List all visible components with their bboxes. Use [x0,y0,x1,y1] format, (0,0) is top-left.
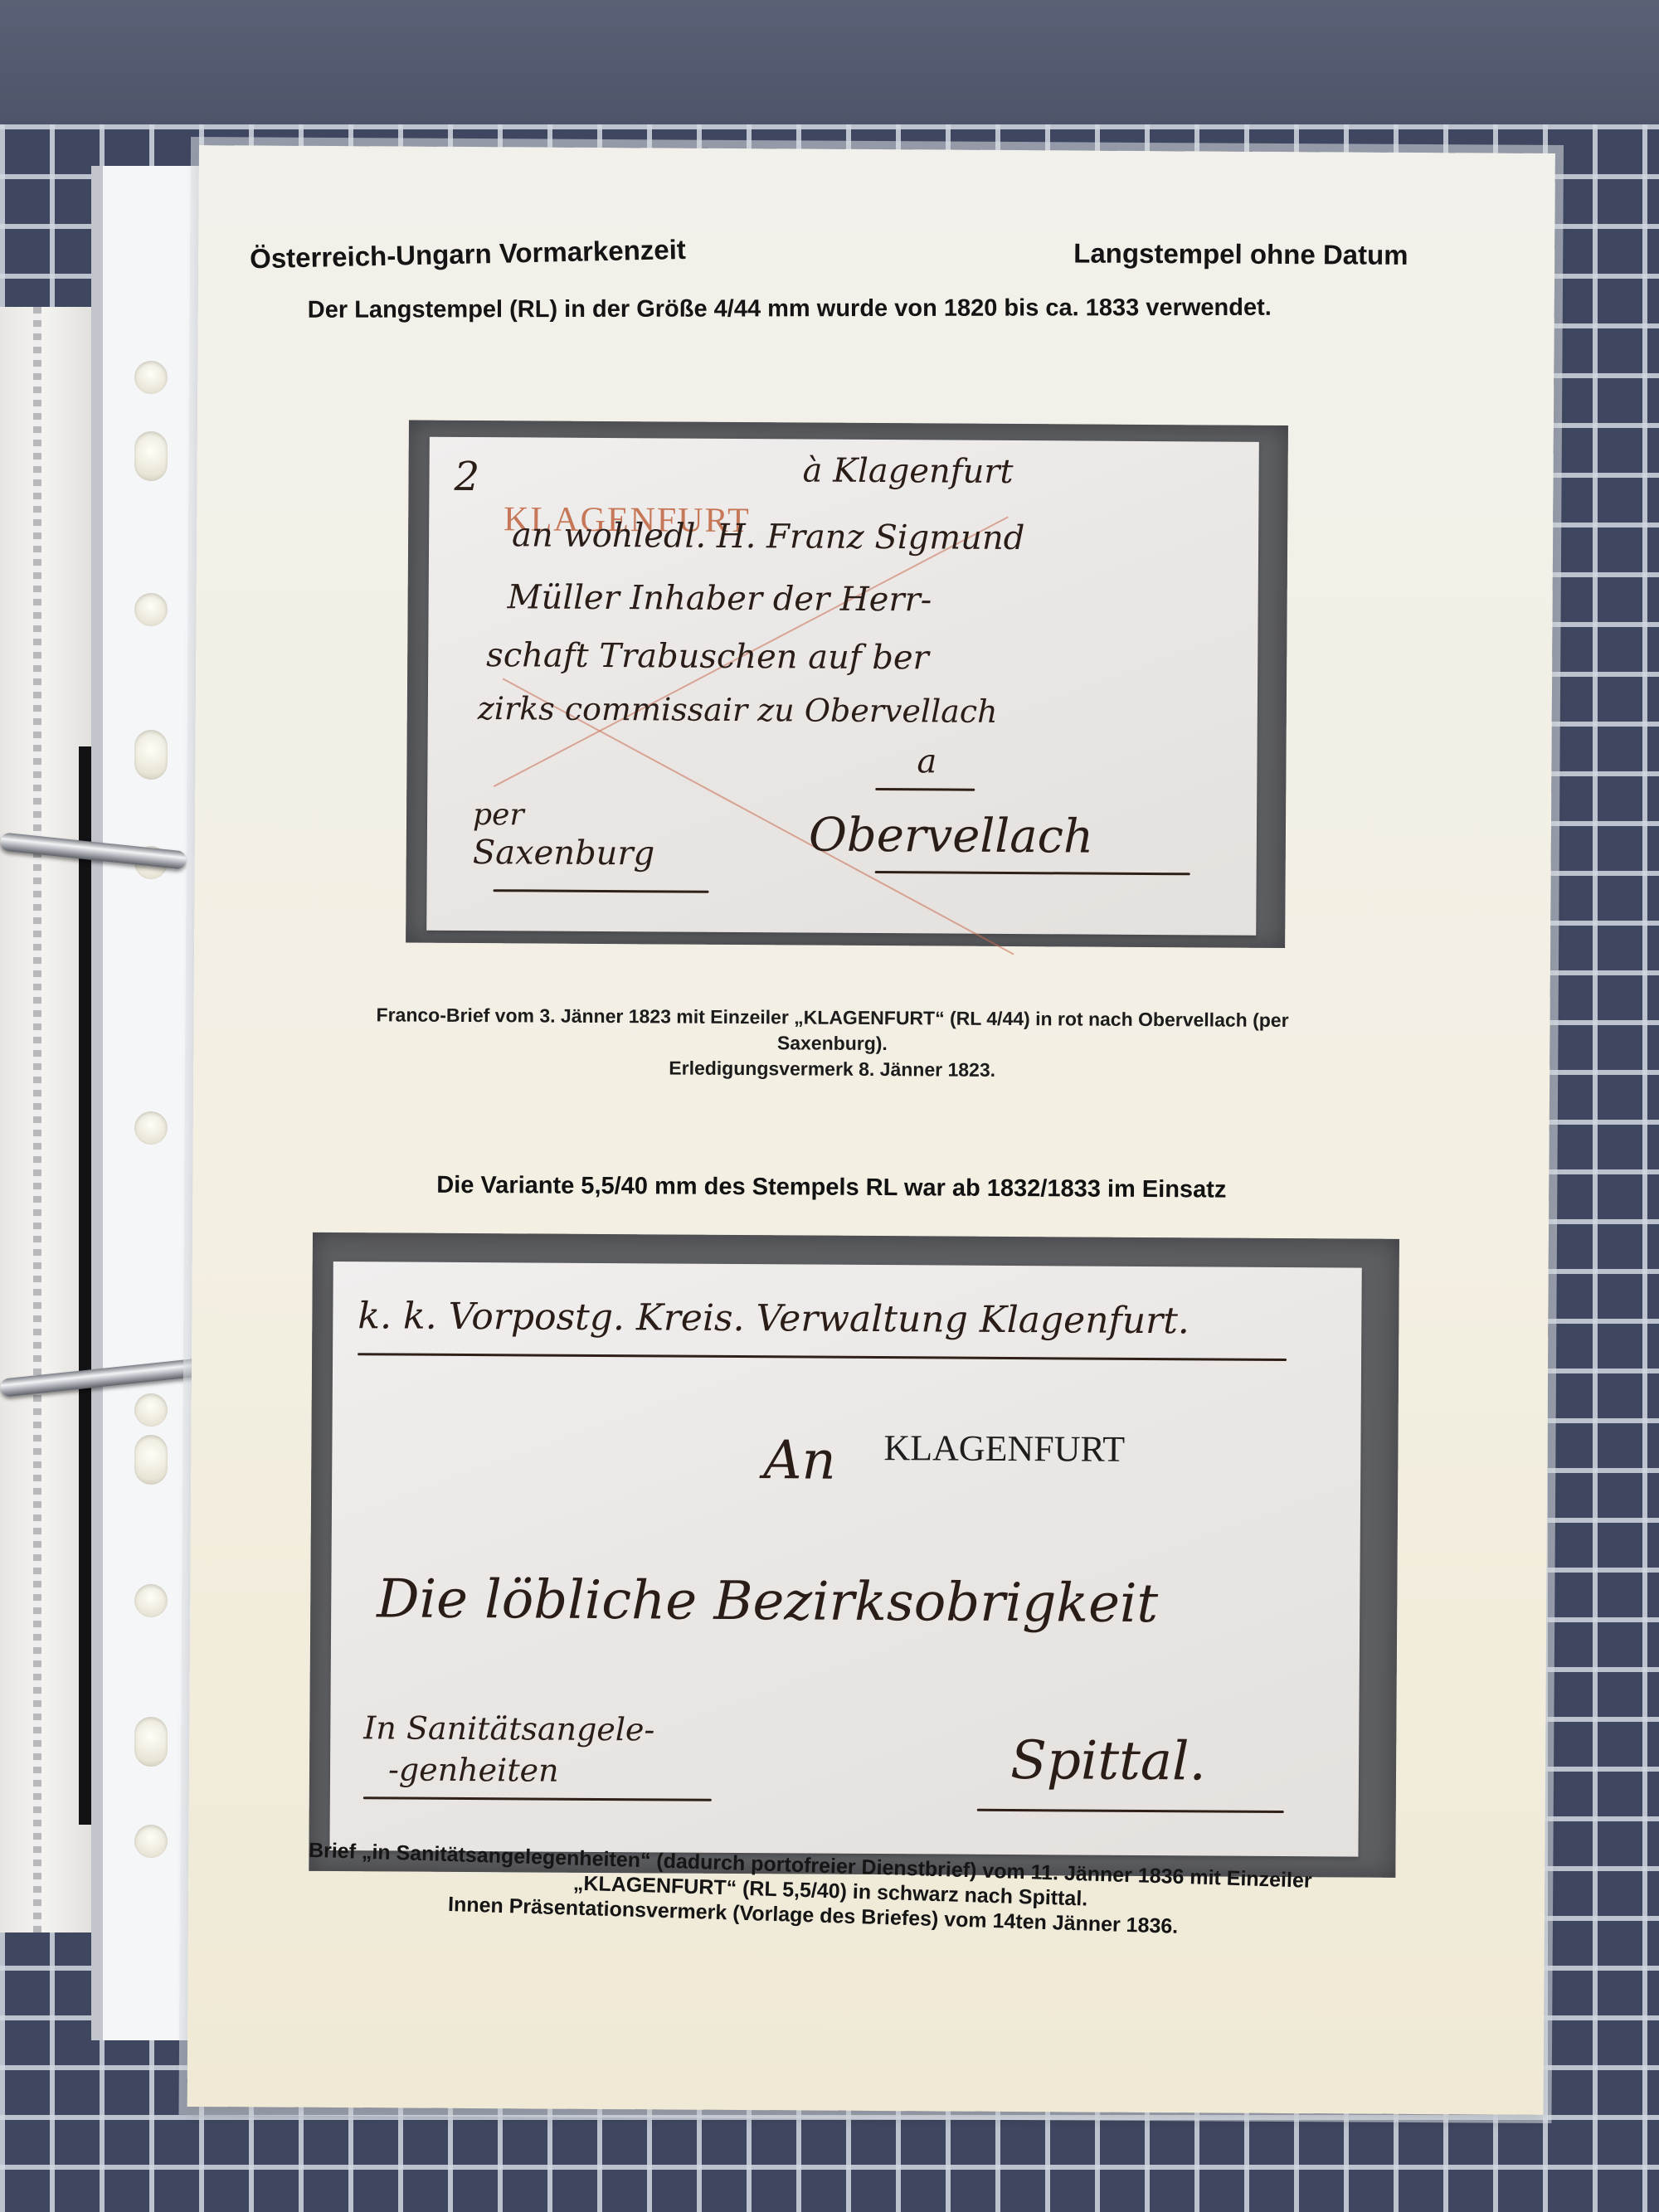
letter1-destination: Obervellach [809,809,1093,864]
punch-hole [134,1435,168,1485]
letter2-destination: Spittal. [1010,1730,1206,1792]
punch-hole [134,1825,168,1858]
letter1-via: per [473,798,524,832]
letter1-hand-line6: a [917,742,937,780]
letter2-sender: k. k. Vorpostg. Kreis. Verwaltung Klagen… [358,1295,1190,1342]
letter2-stamp-black: KLAGENFURT [883,1427,1125,1471]
letter2-mount: k. k. Vorpostg. Kreis. Verwaltung Klagen… [309,1232,1399,1878]
letter1-corner-mark: 2 [454,454,479,500]
letter1-hand-line4: schaft Trabuschen auf ber [486,636,929,677]
letter2-underline [977,1809,1284,1813]
letter1-underline [875,788,975,791]
page-header-left: Österreich-Ungarn Vormarkenzeit [250,234,686,275]
punch-hole [134,1584,168,1617]
letter1-hand-line3: Müller Inhaber der Herr- [508,578,932,619]
letter1-underline [494,889,709,893]
section2-subtitle: Die Variante 5,5/40 mm des Stempels RL w… [275,1171,1387,1205]
background-board [0,0,1659,124]
album-page: Österreich-Ungarn Vormarkenzeit Langstem… [187,145,1555,2115]
letter2-note1: In Sanitätsangele- [363,1709,654,1748]
letter2-an: An [763,1430,836,1492]
punch-hole [134,1717,168,1767]
punch-hole [134,1393,168,1427]
page-header-right: Langstempel ohne Datum [1073,237,1408,270]
punch-hole [134,1111,168,1145]
letter2-underline [358,1353,1287,1361]
punch-hole [134,593,168,626]
sleeve-edge [33,307,41,1932]
punch-hole [134,730,168,780]
punch-hole [134,361,168,394]
letter1-caption: Franco-Brief vom 3. Jänner 1823 mit Einz… [260,1001,1405,1085]
letter2-underline [363,1796,712,1801]
page-intro: Der Langstempel (RL) in der Größe 4/44 m… [308,294,1272,324]
letter1-via-place: Saxenburg [473,834,655,873]
letter2-note2: -genheiten [388,1751,559,1788]
letter1-mount: 2 KLAGENFURT à Klagenfurt an wohledl. H.… [406,421,1288,948]
letter1-hand-line5: zirks commissair zu Obervellach [478,690,998,730]
letter2-cover: k. k. Vorpostg. Kreis. Verwaltung Klagen… [329,1262,1361,1857]
letter1-hand-line1: à Klagenfurt [802,451,1013,491]
letter2-addressee: Die löbliche Bezirksobrigkeit [377,1568,1158,1635]
letter1-hand-line2: an wohledl. H. Franz Sigmund [512,516,1024,557]
letter1-underline [875,871,1190,875]
punch-hole [134,431,168,481]
letter1-cover: 2 KLAGENFURT à Klagenfurt an wohledl. H.… [426,437,1259,936]
